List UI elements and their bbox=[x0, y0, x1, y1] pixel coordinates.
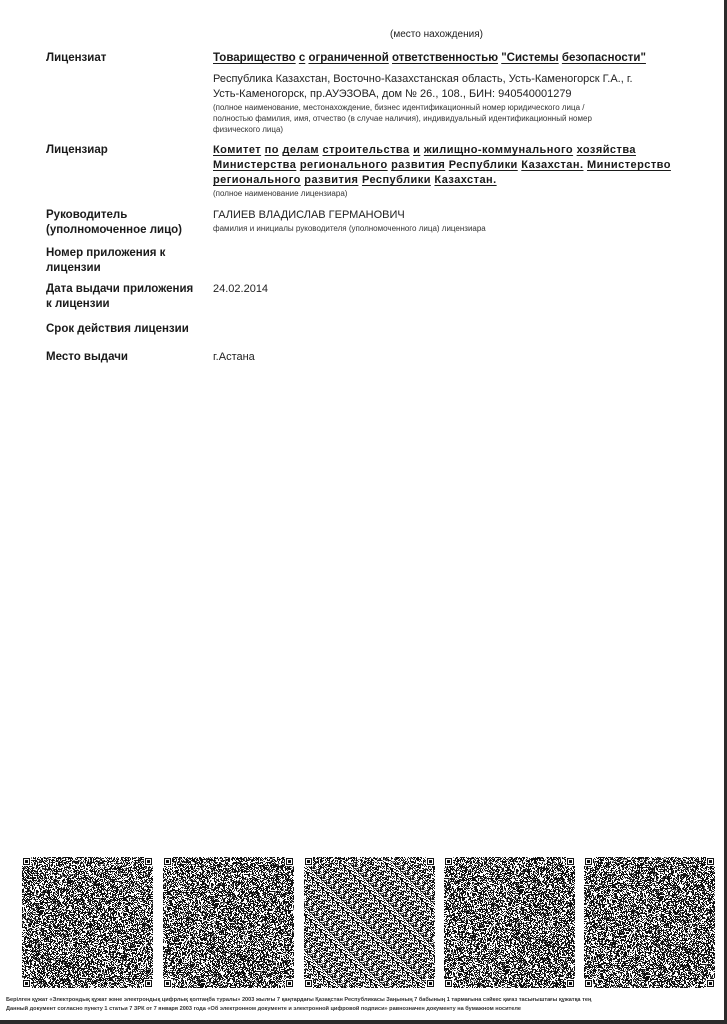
place-value: г.Астана bbox=[213, 350, 683, 365]
licensor-name-line-1: Комитет по делам строительства и жилищно… bbox=[213, 143, 683, 158]
legal-footer: Берілген құжат «Электрондық құжат және э… bbox=[6, 996, 706, 1014]
underlined-word: Республики bbox=[449, 159, 518, 171]
head-name: ГАЛИЕВ ВЛАДИСЛАВ ГЕРМАНОВИЧ bbox=[213, 208, 683, 223]
footer-line-kz: Берілген құжат «Электрондық құжат және э… bbox=[6, 996, 706, 1005]
head-label-line-2: (уполномоченное лицо) bbox=[46, 223, 206, 238]
underlined-word: безопасности" bbox=[562, 52, 646, 64]
underlined-word: ответственностью bbox=[392, 52, 498, 64]
licensee-value: Товарищество с ограниченной ответственно… bbox=[213, 51, 683, 135]
qr-code-strip bbox=[0, 857, 727, 988]
underlined-word: по bbox=[265, 144, 279, 156]
appendix-number-label-line-2: лицензии bbox=[46, 261, 206, 276]
underlined-word: Министерства bbox=[213, 159, 296, 171]
licensee-label: Лицензиат bbox=[46, 51, 206, 66]
underlined-word: Товарищество bbox=[213, 52, 296, 64]
licensee-hint-line-2: полностью фамилия, имя, отчество (в случ… bbox=[213, 113, 683, 124]
licensee-address-line-2: Усть-Каменогорск, пр.АУЭЗОВА, дом № 26.,… bbox=[213, 87, 683, 102]
head-hint: фамилия и инициалы руководителя (уполном… bbox=[213, 223, 683, 234]
licensor-label: Лицензиар bbox=[46, 143, 206, 158]
qr-code-3 bbox=[304, 857, 435, 988]
underlined-word: хозяйства bbox=[577, 144, 636, 156]
qr-code-1 bbox=[22, 857, 153, 988]
document-page: (место нахождения) Лицензиат Товариществ… bbox=[0, 0, 727, 1024]
footer-line-ru: Данный документ согласно пункту 1 статьи… bbox=[6, 1005, 706, 1014]
licensee-hint-line-3: физического лица) bbox=[213, 124, 683, 135]
appendix-date-value: 24.02.2014 bbox=[213, 282, 683, 297]
underlined-word: регионального bbox=[300, 159, 388, 171]
licensee-name: Товарищество с ограниченной ответственно… bbox=[213, 51, 683, 66]
licensor-name-line-2: Министерства регионального развития Респ… bbox=[213, 158, 683, 173]
head-value: ГАЛИЕВ ВЛАДИСЛАВ ГЕРМАНОВИЧ фамилия и ин… bbox=[213, 208, 683, 234]
underlined-word: и bbox=[413, 144, 420, 156]
appendix-date-label-line-2: к лицензии bbox=[46, 297, 206, 312]
appendix-number-label: Номер приложения к лицензии bbox=[46, 246, 206, 276]
underlined-word: развития bbox=[304, 174, 358, 186]
licensee-hint: (полное наименование, местонахождение, б… bbox=[213, 102, 683, 135]
place-label: Место выдачи bbox=[46, 350, 206, 365]
underlined-word: жилищно-коммунального bbox=[424, 144, 573, 156]
underlined-word: Казахстан. bbox=[521, 159, 583, 171]
appendix-date-label-line-1: Дата выдачи приложения bbox=[46, 282, 206, 297]
underlined-word: развития bbox=[391, 159, 445, 171]
underlined-word: Министерство bbox=[587, 159, 671, 171]
validity-label: Срок действия лицензии bbox=[46, 322, 216, 337]
underlined-word: Комитет bbox=[213, 144, 261, 156]
licensee-address: Республика Казахстан, Восточно-Казахстан… bbox=[213, 72, 683, 102]
head-label: Руководитель (уполномоченное лицо) bbox=[46, 208, 206, 238]
underlined-word: делам bbox=[282, 144, 319, 156]
underlined-word: Казахстан. bbox=[434, 174, 496, 186]
underlined-word: с bbox=[299, 52, 305, 64]
qr-code-2 bbox=[163, 857, 294, 988]
appendix-date-label: Дата выдачи приложения к лицензии bbox=[46, 282, 206, 312]
licensor-name-line-3: регионального развития Республики Казахс… bbox=[213, 173, 683, 188]
location-caption: (место нахождения) bbox=[390, 29, 483, 40]
head-label-line-1: Руководитель bbox=[46, 208, 206, 223]
licensor-hint: (полное наименование лицензиара) bbox=[213, 188, 683, 199]
underlined-word: строительства bbox=[323, 144, 410, 156]
appendix-number-label-line-1: Номер приложения к bbox=[46, 246, 206, 261]
qr-code-4 bbox=[444, 857, 575, 988]
underlined-word: Республики bbox=[362, 174, 431, 186]
licensee-hint-line-1: (полное наименование, местонахождение, б… bbox=[213, 102, 683, 113]
underlined-word: регионального bbox=[213, 174, 301, 186]
licensee-address-line-1: Республика Казахстан, Восточно-Казахстан… bbox=[213, 72, 683, 87]
qr-code-5 bbox=[584, 857, 715, 988]
underlined-word: ограниченной bbox=[308, 52, 388, 64]
underlined-word: "Системы bbox=[501, 52, 558, 64]
licensor-value: Комитет по делам строительства и жилищно… bbox=[213, 143, 683, 199]
